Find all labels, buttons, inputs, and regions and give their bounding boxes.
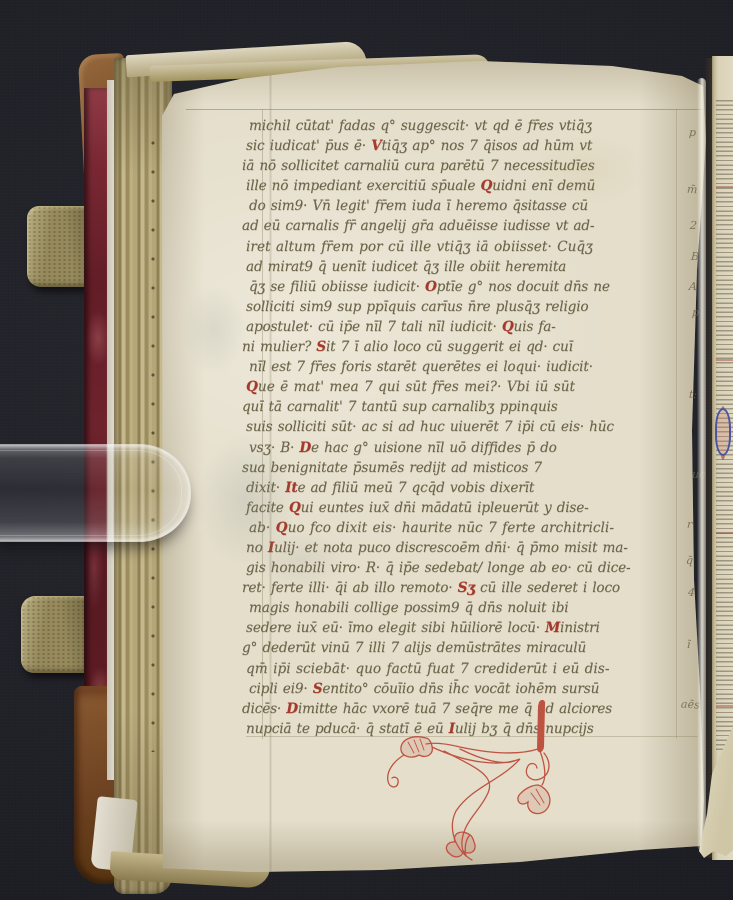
manuscript-photo: michil cūtat' fadas q° suggescit· vt qd …: [0, 0, 733, 900]
manuscript-text-line: do sim9· Vn̄ legit' fr̄em iuda ī heremo …: [249, 196, 716, 216]
manuscript-text-line: g° dederūt vinū 7 illi 7 alijs demūstrāt…: [242, 638, 716, 658]
manuscript-text-line: ab· Quo fco dixit eis· haurite nūc 7 fer…: [249, 518, 716, 538]
rubric-initial: It: [285, 480, 297, 496]
manuscript-text-line: quī tā carnalit' 7 tantū sup carnalibʒ p…: [242, 397, 716, 417]
manuscript-text-line: suis solliciti sūt· ac si ad huc uiuerēt…: [246, 417, 716, 437]
manuscript-text-line: apostulet· cū ip̄e nīl 7 tali nīl iudici…: [246, 317, 716, 337]
rubric-initial: O: [425, 279, 437, 295]
rubric-initial: Q: [480, 178, 492, 194]
rubric-initial: V: [371, 138, 381, 154]
rubric-initial: D: [299, 440, 311, 456]
manuscript-text-line: facite Qui euntes iux̄ dn̄i mādatū ipleu…: [246, 498, 716, 518]
manuscript-text-line: nīl est 7 fr̄es foris starēt querētes ei…: [249, 357, 716, 377]
manuscript-text-line: solliciti sim9 sup ppīquis carīus n̄re p…: [246, 297, 716, 317]
rubric-initial: Q: [246, 379, 258, 395]
clasp-strap-bottom: [21, 596, 89, 673]
rubric-initial: Q: [289, 500, 301, 516]
manuscript-text-line: Que ē mat' mea 7 qui sūt fr̄es mei?· Vbi…: [246, 377, 716, 397]
decorated-initial: [715, 408, 731, 456]
manuscript-text-line: iret altum fr̄em por cū ille vtiq̄ʒ iā o…: [246, 237, 716, 257]
manuscript-text-line: q̄ʒ se filiū obiisse iudicit· Optīe g° n…: [249, 277, 716, 297]
manuscript-text-line: sedere iux̄ eū· īmo elegit sibi hūiliorē…: [246, 618, 716, 638]
rubric-initial: S: [313, 681, 323, 697]
manuscript-text-line: ad mirat9 q̄ uenīt iudicet q̄ʒ ille obii…: [246, 257, 716, 277]
manuscript-text-line: ni mulier? Sit 7 ī alio loco cū suggerit…: [242, 337, 716, 357]
manuscript-text-line: sic iudicat' p̄us ē· Vtiq̄ʒ ap° nos 7 q̄…: [246, 136, 716, 156]
manuscript-text-line: sua benignitate p̄sumēs redijt ad mistic…: [242, 458, 716, 478]
manuscript-text-line: iā nō sollicitet carnaliū cura parētū 7 …: [242, 156, 716, 176]
manuscript-text-line: gis honabili viro· R· q̄ ip̄e sedebat/ l…: [246, 558, 716, 578]
rubric-initial: S: [316, 339, 326, 355]
rubric-initial: Sʒ: [458, 580, 475, 596]
manuscript-text-line: qm̄ ip̄i sciebāt· quo factū fuat 7 credi…: [246, 659, 716, 679]
manuscript-text-line: magis honabili collige possim9 q̄ dn̄s n…: [249, 598, 716, 618]
ruling-line-top: [186, 109, 706, 110]
flourish-drawing: [348, 693, 578, 863]
manuscript-text-line: ille nō impediant exercitiū sp̄uale Quid…: [246, 176, 716, 196]
manuscript-text-line: ret· ferte illi· q̄i ab illo remoto· Sʒ …: [242, 578, 716, 598]
manuscript-text-block: michil cūtat' fadas q° suggescit· vt qd …: [246, 116, 716, 739]
manuscript-text-line: michil cūtat' fadas q° suggescit· vt qd …: [249, 116, 716, 136]
manuscript-text-line: ad eū carnalis fr̄ angelij gr̄a aduēisse…: [242, 216, 716, 236]
rubric-initial: Q: [276, 520, 288, 536]
rubric-initial: D: [286, 701, 298, 717]
page-weight-strip: [0, 444, 191, 542]
manuscript-text-line: dixit· Ite ad filiū meū 7 qcq̄d vobis di…: [246, 478, 716, 498]
rubric-initial: Q: [502, 319, 514, 335]
rubric-initial: M: [545, 620, 560, 636]
manuscript-text-line: no Iulij· et nota puco discrescoēm dn̄i·…: [246, 538, 716, 558]
manuscript-text-line: vsʒ· B· De hac g° uisione nīl uō diffide…: [249, 438, 716, 458]
